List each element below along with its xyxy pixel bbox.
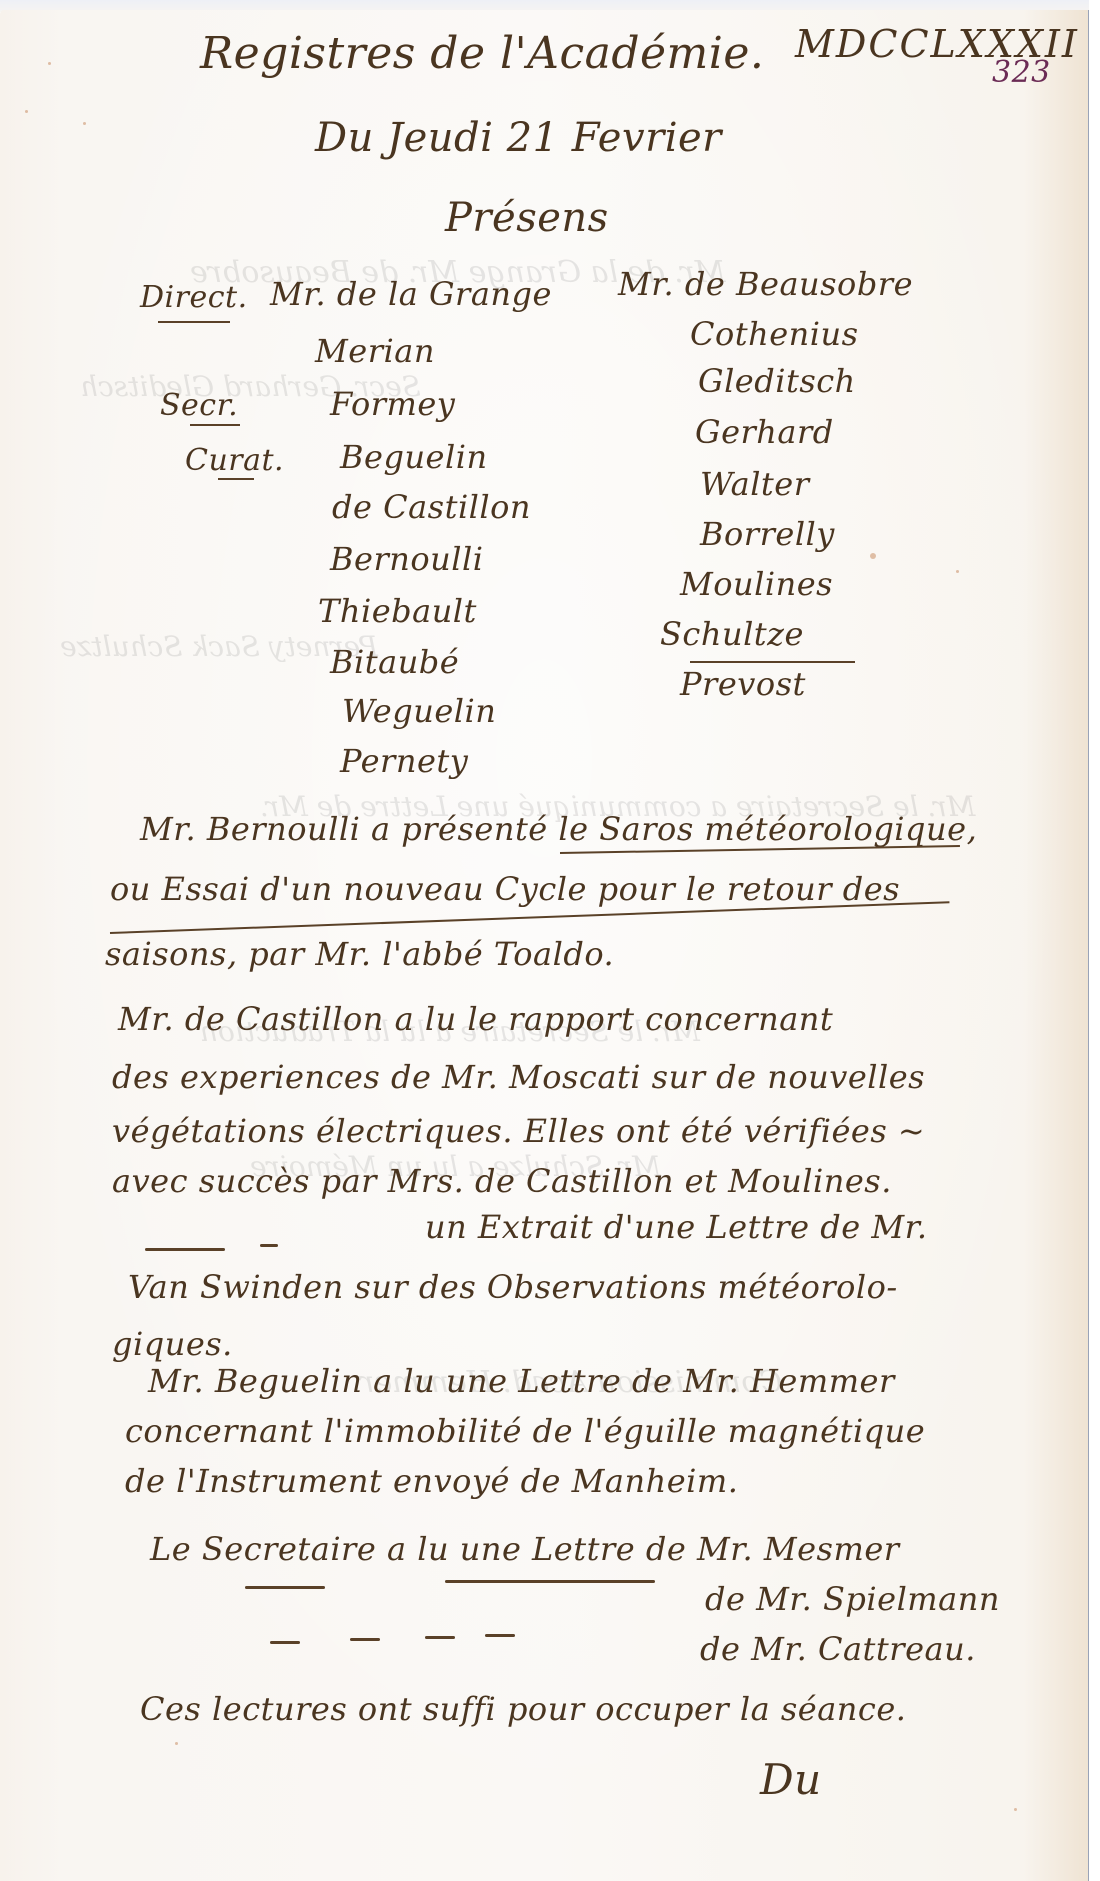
minutes-line: de Mr. Spielmann [705,1580,1000,1618]
office-curator: Curat. [185,443,284,478]
office-underline [190,424,240,426]
scan-right-margin [1089,0,1100,1881]
ditto-dash [270,1641,300,1644]
ditto-dash [145,1248,225,1251]
member-name: Thiebault [318,592,477,630]
member-name: Formey [330,385,455,423]
minutes-line: saisons, par Mr. l'abbé Toaldo. [105,935,614,973]
minutes-line: concernant l'immobilité de l'éguille mag… [125,1412,925,1450]
member-name: Bernoulli [330,540,483,578]
paper-speck [1014,1808,1017,1811]
minutes-line: de Mr. Cattreau. [700,1630,976,1668]
member-name: Moulines [680,565,833,603]
member-name: Beguelin [340,438,488,476]
paper-speck [956,570,959,573]
minutes-line: un Extrait d'une Lettre de Mr. [425,1208,928,1246]
minutes-line: Mr. Beguelin a lu une Lettre de Mr. Hemm… [148,1362,895,1400]
present-heading: Présens [445,195,609,241]
member-name: Bitaubé [330,643,459,681]
signature: Du [760,1755,822,1804]
office-underline [218,478,254,480]
member-name: Pernety [340,742,468,780]
office-secretary: Secr. [160,388,238,423]
member-name: de Castillon [332,488,531,526]
ditto-dash [485,1634,515,1637]
ditto-dash [350,1638,380,1641]
minutes-line: végétations électriques. Elles ont été v… [112,1112,925,1150]
office-underline [158,321,230,323]
member-name: Schultze [660,615,804,653]
folio-number: 323 [992,55,1051,90]
minutes-line: avec succès par Mrs. de Castillon et Mou… [112,1162,892,1200]
member-name: Gerhard [695,413,834,451]
paper-speck [48,62,51,65]
member-name: Prevost [680,665,806,703]
ditto-dash [260,1244,278,1247]
minutes-line: de l'Instrument envoyé de Manheim. [125,1462,738,1500]
paper-speck [175,1742,178,1745]
member-name: Merian [315,332,435,370]
member-name: Borrelly [700,515,835,553]
office-director: Direct. [140,280,248,315]
minutes-line: ou Essai d'un nouveau Cycle pour le reto… [110,870,900,908]
member-name: Mr. de Beausobre [618,265,913,303]
paper-speck [83,122,86,125]
paper-speck [870,553,876,559]
member-name: Weguelin [342,692,496,730]
minutes-line: Van Swinden sur des Observations météoro… [128,1268,898,1306]
register-title: Registres de l'Académie. [200,28,764,79]
ditto-dash [445,1580,655,1583]
minutes-closing-line: Ces lectures ont suffi pour occuper la s… [140,1690,906,1728]
minutes-line: Le Secretaire a lu une Lettre de Mr. Mes… [150,1530,900,1568]
name-underline [690,661,855,663]
member-name: Cothenius [690,315,859,353]
session-date: Du Jeudi 21 Fevrier [315,115,722,161]
member-name: Walter [700,465,810,503]
minutes-line: Mr. Bernoulli a présenté le Saros météor… [140,810,977,848]
member-name: Gleditsch [698,362,856,400]
ditto-dash [245,1586,325,1589]
member-name: Mr. de la Grange [270,275,552,313]
paper-speck [25,110,28,113]
minutes-line: Mr. de Castillon a lu le rapport concern… [118,1000,833,1038]
ditto-dash [425,1636,455,1639]
minutes-line: des experiences de Mr. Moscati sur de no… [112,1058,925,1096]
minutes-line: giques. [112,1325,233,1363]
